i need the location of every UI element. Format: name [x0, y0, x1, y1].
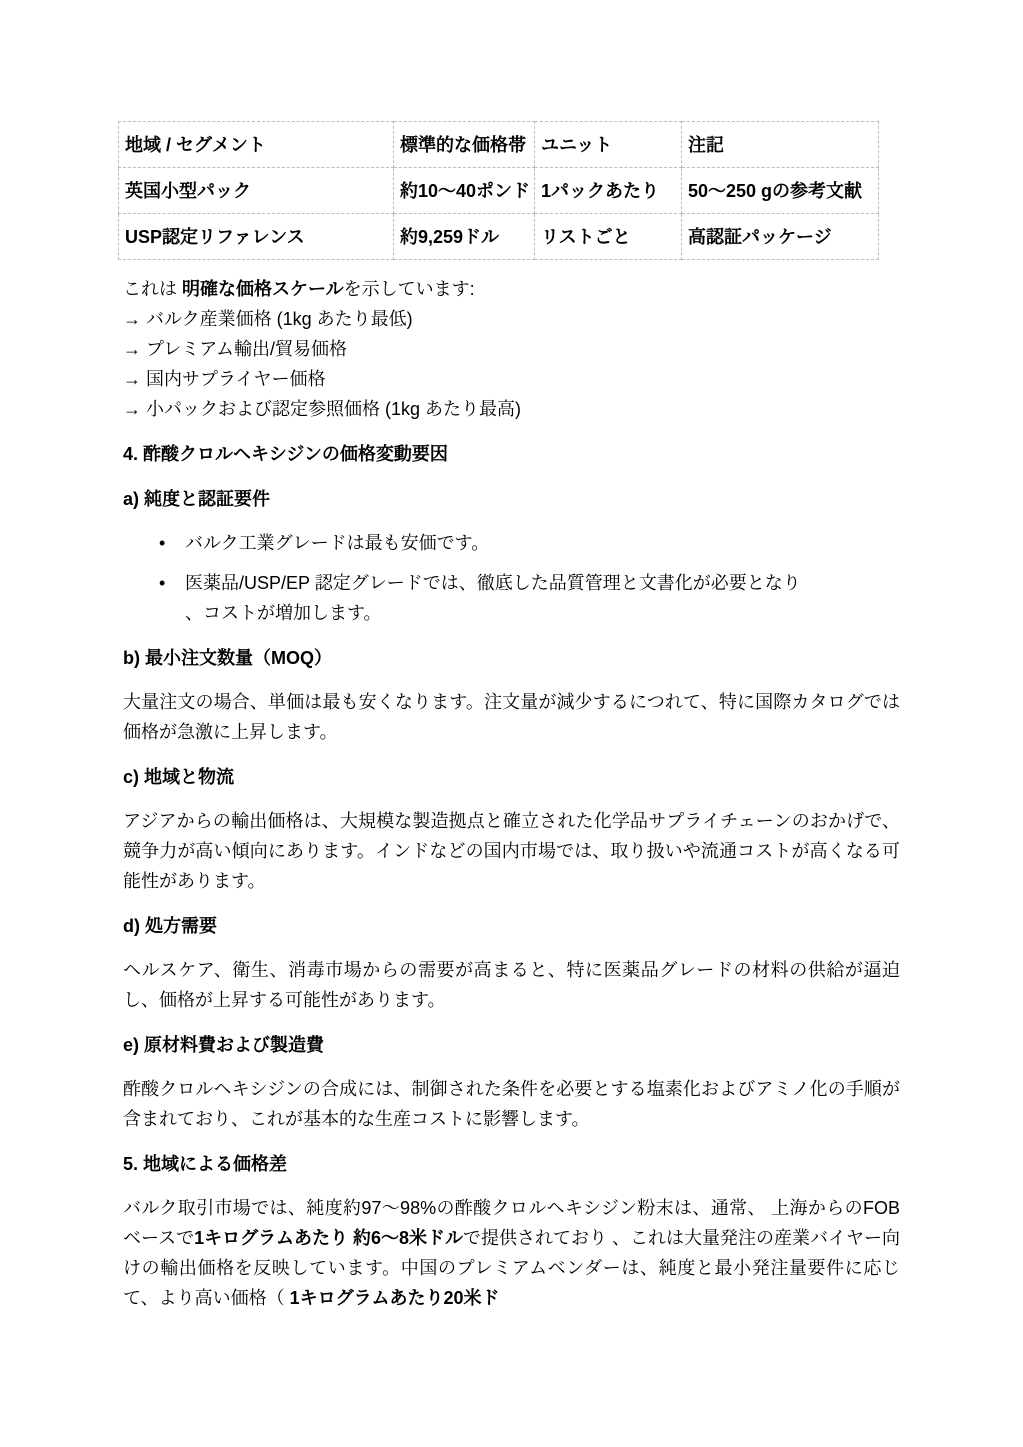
- table-cell: 約9,259ドル: [394, 214, 535, 260]
- table-header-row: 地域 / セグメント標準的な価格帯ユニット注記: [119, 122, 879, 168]
- heading-section-4: 4. 酢酸クロルヘキシジンの価格変動要因: [123, 439, 900, 469]
- heading-a-purity: a) 純度と認証要件: [123, 484, 900, 514]
- heading-d-demand: d) 処方需要: [123, 911, 900, 941]
- text: 酢酸クロルヘキシジンの合成には、制御された条件を必要とする塩素化およびアミノ化の…: [123, 1079, 900, 1129]
- table-header-cell: 注記: [682, 122, 879, 168]
- pricing-table-body: 英国小型パック約10〜40ポンド1パックあたり50〜250 gの参考文献USP認…: [119, 168, 879, 260]
- page-content: 地域 / セグメント標準的な価格帯ユニット注記 英国小型パック約10〜40ポンド…: [0, 0, 1023, 1447]
- table-cell: USP認定リファレンス: [119, 214, 394, 260]
- pricing-table: 地域 / セグメント標準的な価格帯ユニット注記 英国小型パック約10〜40ポンド…: [118, 121, 879, 260]
- table-cell: 1パックあたり: [535, 168, 682, 214]
- text: b) 最小注文数量（MOQ）: [123, 648, 332, 668]
- text: e) 原材料費および製造費: [123, 1035, 324, 1055]
- text: 大量注文の場合、単価は最も安くなります。注文量が減少するにつれて、特に国際カタロ…: [123, 692, 900, 742]
- paragraph-region-logistics: アジアからの輸出価格は、大規模な製造拠点と確立された化学品サプライチェーンのおか…: [123, 806, 900, 896]
- table-row: USP認定リファレンス約9,259ドルリストごと高認証パッケージ: [119, 214, 879, 260]
- table-header-cell: 標準的な価格帯: [394, 122, 535, 168]
- paragraph-moq: 大量注文の場合、単価は最も安くなります。注文量が減少するにつれて、特に国際カタロ…: [123, 687, 900, 747]
- text: バルク工業グレードは最も安価です。: [185, 533, 489, 553]
- bold-text: 明確な価格スケール: [182, 279, 344, 299]
- paragraph-costs: 酢酸クロルヘキシジンの合成には、制御された条件を必要とする塩素化およびアミノ化の…: [123, 1074, 900, 1134]
- text: → 小パックおよび認定参照価格 (1kg あたり最高): [123, 399, 521, 419]
- text: 医薬品/USP/EP 認定グレードでは、徹底した品質管理と文書化が必要となり: [185, 573, 801, 593]
- table-cell: 50〜250 gの参考文献: [682, 168, 879, 214]
- text: d) 処方需要: [123, 916, 217, 936]
- bold-text: 1キログラムあたり 約6〜8米ドル: [194, 1228, 463, 1248]
- heading-section-5: 5. 地域による価格差: [123, 1149, 900, 1179]
- text: ヘルスケア、衛生、消毒市場からの需要が高まると、特に医薬品グレードの材料の供給が…: [123, 960, 900, 1010]
- heading-c-region-logistics: c) 地域と物流: [123, 762, 900, 792]
- heading-b-moq: b) 最小注文数量（MOQ）: [123, 643, 900, 673]
- table-cell: 高認証パッケージ: [682, 214, 879, 260]
- content-blocks: これは 明確な価格スケールを示しています:→ バルク産業価格 (1kg あたり最…: [123, 274, 900, 1313]
- purity-bullet-list: バルク工業グレードは最も安価です。医薬品/USP/EP 認定グレードでは、徹底し…: [123, 528, 900, 628]
- intro-paragraph: これは 明確な価格スケールを示しています:→ バルク産業価格 (1kg あたり最…: [123, 274, 900, 424]
- bullet-item: バルク工業グレードは最も安価です。: [185, 528, 900, 558]
- text: 4. 酢酸クロルヘキシジンの価格変動要因: [123, 444, 448, 464]
- table-header-cell: 地域 / セグメント: [119, 122, 394, 168]
- table-cell: 約10〜40ポンド: [394, 168, 535, 214]
- text: これは: [123, 279, 182, 299]
- text: a) 純度と認証要件: [123, 489, 270, 509]
- table-cell: リストごと: [535, 214, 682, 260]
- pricing-table-head: 地域 / セグメント標準的な価格帯ユニット注記: [119, 122, 879, 168]
- text: 、コストが増加します。: [185, 603, 382, 623]
- paragraph-regional-prices: バルク取引市場では、純度約97〜98%の酢酸クロルヘキシジン粉末は、通常、 上海…: [123, 1193, 900, 1313]
- table-row: 英国小型パック約10〜40ポンド1パックあたり50〜250 gの参考文献: [119, 168, 879, 214]
- text: 5. 地域による価格差: [123, 1154, 287, 1174]
- bold-text: 1キログラムあたり20米ド: [290, 1288, 500, 1308]
- text: アジアからの輸出価格は、大規模な製造拠点と確立された化学品サプライチェーンのおか…: [123, 811, 900, 891]
- table-header-cell: ユニット: [535, 122, 682, 168]
- paragraph-demand: ヘルスケア、衛生、消毒市場からの需要が高まると、特に医薬品グレードの材料の供給が…: [123, 955, 900, 1015]
- text: c) 地域と物流: [123, 767, 234, 787]
- document-page: { "colors": { "background": "#ffffff", "…: [0, 0, 1023, 1447]
- text: → プレミアム輸出/貿易価格: [123, 339, 347, 359]
- table-cell: 英国小型パック: [119, 168, 394, 214]
- text: → バルク産業価格 (1kg あたり最低): [123, 309, 413, 329]
- text: → 国内サプライヤー価格: [123, 369, 325, 389]
- text: を示しています:: [344, 279, 475, 299]
- heading-e-costs: e) 原材料費および製造費: [123, 1030, 900, 1060]
- bullet-item: 医薬品/USP/EP 認定グレードでは、徹底した品質管理と文書化が必要となり、コ…: [185, 568, 900, 628]
